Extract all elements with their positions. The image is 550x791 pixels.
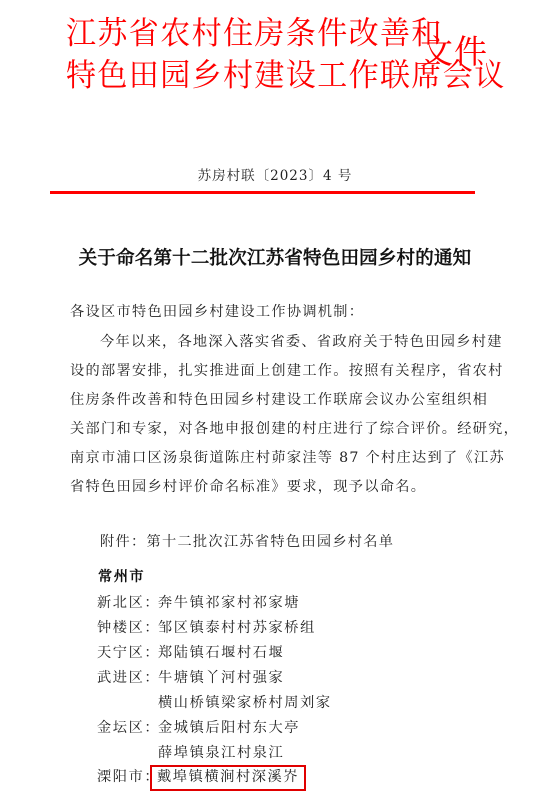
paragraph-line: 住房条件改善和特色田园乡村建设工作联席会议办公室组织相 bbox=[70, 390, 488, 410]
paragraph-line: 南京市浦口区汤泉街道陈庄村茆家洼等 87 个村庄达到了《江苏 bbox=[70, 448, 505, 468]
salutation: 各设区市特色田园乡村建设工作协调机制： bbox=[70, 302, 364, 322]
village-name: 邹区镇泰村村苏家桥组 bbox=[158, 618, 316, 638]
district-label: 钟楼区： bbox=[97, 618, 160, 638]
paragraph-line: 关部门和专家，对各地申报创建的村庄进行了综合评价。经研究， bbox=[70, 419, 519, 439]
issuer-name-line-1: 江苏省农村住房条件改善和 bbox=[66, 15, 443, 53]
district-label: 天宁区： bbox=[97, 643, 160, 663]
issuer-suffix: 文件 bbox=[420, 31, 488, 73]
paragraph-line: 今年以来，各地深入落实省委、省政府关于特色田园乡村建 bbox=[100, 332, 503, 352]
notice-title: 关于命名第十二批次江苏省特色田园乡村的通知 bbox=[0, 244, 550, 270]
village-name: 金城镇后阳村东大亭 bbox=[158, 718, 300, 738]
district-label: 新北区： bbox=[97, 593, 160, 613]
city-heading: 常州市 bbox=[98, 566, 145, 586]
document-number: 苏房村联〔2023〕4 号 bbox=[0, 164, 550, 184]
village-name: 薛埠镇泉江村泉江 bbox=[158, 743, 284, 763]
district-label: 武进区： bbox=[97, 668, 160, 688]
village-name: 牛塘镇丫河村强家 bbox=[158, 668, 284, 688]
paragraph-line: 省特色田园乡村评价命名标准》要求，现予以命名。 bbox=[70, 477, 426, 497]
highlight-box bbox=[150, 765, 306, 791]
district-label: 金坛区： bbox=[97, 718, 160, 738]
village-name: 郑陆镇石堰村石堰 bbox=[158, 643, 284, 663]
village-name: 横山桥镇梁家桥村周刘家 bbox=[158, 693, 332, 713]
village-name: 奔牛镇祁家村祁家塘 bbox=[158, 593, 300, 613]
attachment-label: 附件：第十二批次江苏省特色田园乡村名单 bbox=[100, 532, 394, 552]
paragraph-line: 设的部署安排，扎实推进面上创建工作。按照有关程序，省农村 bbox=[70, 361, 504, 381]
red-divider-rule bbox=[50, 191, 475, 194]
